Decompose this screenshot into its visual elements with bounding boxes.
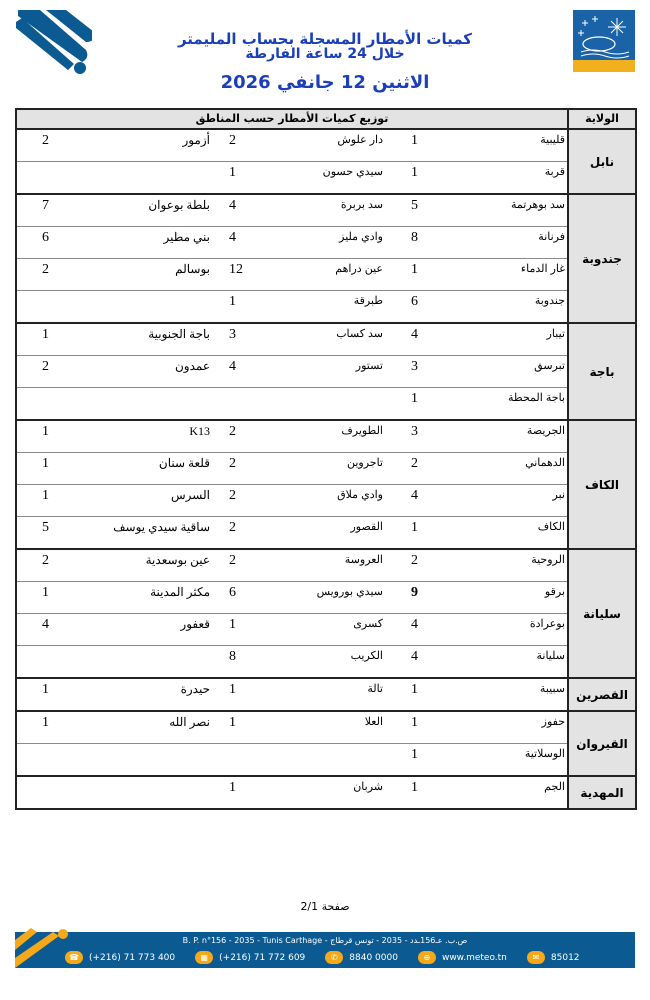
footer-contact: ☎(+216) 71 773 400 [65, 951, 175, 964]
phone-icon: ☎ [65, 951, 83, 964]
station-name: تاجروين [347, 456, 383, 469]
rainfall-value: 5 [42, 520, 49, 536]
rainfall-value: 2 [229, 424, 236, 440]
station-name: ساقية سيدي يوسف [113, 520, 210, 535]
table-row: نبر4وادي ملاق2السرس1 [17, 485, 567, 517]
header-governorate: الولاية [567, 110, 635, 128]
rainfall-value: 1 [229, 165, 236, 181]
station-name: نصر الله [169, 715, 210, 730]
station-name: قليبية [540, 133, 565, 146]
station-name: عين بوسعدية [146, 553, 210, 568]
rainfall-value: 1 [229, 617, 236, 633]
governorate-group: سد بوهرتمة5سد بربرة4بلطة بوعوان7فرنانة8و… [17, 195, 635, 324]
table-row: غار الدماء1عين دراهم12بوسالم2 [17, 259, 567, 291]
table-row: سبيبة1تالة1حيدرة1 [17, 679, 567, 710]
rainfall-value: 4 [229, 230, 236, 246]
rainfall-value: 1 [411, 262, 418, 278]
station-name: سد بوهرتمة [511, 198, 565, 211]
station-name: قعفور [180, 617, 210, 632]
rainfall-value: 1 [42, 715, 49, 731]
rainfall-value: 1 [42, 424, 49, 440]
footer-contacts: ☎(+216) 71 773 400▦(+216) 71 772 609✆884… [65, 951, 580, 964]
header-distribution: توزيع كميات الأمطار حسب المناطق [17, 110, 567, 128]
footer-contact: ⊕www.meteo.tn [418, 951, 507, 964]
table-row: بوعرادة4كسرى1قعفور4 [17, 614, 567, 646]
table-row: قليبية1دار علوش2أزمور2 [17, 130, 567, 162]
rainfall-value: 2 [42, 262, 49, 278]
station-name: بلطة بوعوان [148, 198, 210, 213]
governorate-group: الروحية2العروسة2عين بوسعدية2برقو9سيدي بو… [17, 550, 635, 679]
station-name: عمدون [175, 359, 210, 374]
station-name: قربة [545, 165, 565, 178]
footer-contact: ▦(+216) 71 772 609 [195, 951, 305, 964]
station-name: سد بربرة [341, 198, 383, 211]
report-subtitle: خلال 24 ساعة الفارطة [0, 46, 650, 62]
table-row: الروحية2العروسة2عين بوسعدية2 [17, 550, 567, 582]
rainfall-value: 4 [42, 617, 49, 633]
rainfall-value: 1 [411, 520, 418, 536]
rainfall-value: 4 [229, 198, 236, 214]
table-row: تبرسق3تستور4عمدون2 [17, 356, 567, 388]
table-row: تيبار4سد كساب3باجة الجنوبية1 [17, 324, 567, 356]
table-row: الكاف1القصور2ساقية سيدي يوسف5 [17, 517, 567, 548]
station-name: حيدرة [181, 682, 210, 697]
station-name: تيبار [547, 327, 565, 340]
governorate-group: حفوز1العلا1نصر الله1الوسلاتية1القيروان [17, 712, 635, 777]
governorate-group: قليبية1دار علوش2أزمور2قربة1سيدي حسون1ناب… [17, 130, 635, 195]
table-row: قربة1سيدي حسون1 [17, 162, 567, 193]
station-name: العروسة [345, 553, 383, 566]
sms-icon: ✉ [527, 951, 545, 964]
footer-address: B. P. n°156 - 2035 - Tunis Carthage - ص.… [15, 936, 635, 945]
rainfall-value: 2 [229, 456, 236, 472]
table-row: جندوبة6طبرقة1 [17, 291, 567, 322]
rainfall-value: 1 [411, 391, 418, 407]
hotline-icon: ✆ [325, 951, 343, 964]
station-name: نبر [553, 488, 565, 501]
governorate-name: باجة [567, 324, 635, 419]
rainfall-value: 1 [42, 682, 49, 698]
governorate-group: سبيبة1تالة1حيدرة1القصرين [17, 679, 635, 712]
station-name: الجم [544, 780, 565, 793]
station-name: طبرقة [354, 294, 383, 307]
rainfall-value: 2 [229, 520, 236, 536]
rainfall-value: 1 [229, 780, 236, 796]
station-name: سليانة [537, 649, 566, 662]
rainfall-value: 3 [411, 424, 418, 440]
rainfall-value: 1 [411, 747, 418, 763]
station-name: السرس [171, 488, 210, 503]
contact-text: (+216) 71 773 400 [89, 953, 175, 963]
station-name: العلا [365, 715, 383, 728]
rainfall-value: 2 [229, 133, 236, 149]
rainfall-table: توزيع كميات الأمطار حسب المناطق الولاية … [15, 108, 637, 810]
rainfall-value: 6 [411, 294, 418, 310]
station-name: عين دراهم [335, 262, 383, 275]
table-row: الدهماني2تاجروين2قلعة سنان1 [17, 453, 567, 485]
table-row: برقو9سيدي بورويس6مكثر المدينة1 [17, 582, 567, 614]
station-name: شربان [353, 780, 383, 793]
rainfall-value: 6 [42, 230, 49, 246]
governorate-name: القصرين [567, 679, 635, 710]
contact-text: 85012 [551, 953, 580, 963]
station-name: بني مطير [164, 230, 210, 245]
contact-text[interactable]: www.meteo.tn [442, 953, 507, 963]
rainfall-value: 2 [42, 553, 49, 569]
station-name: تستور [356, 359, 383, 372]
governorate-name: الكاف [567, 421, 635, 548]
footer-bar: B. P. n°156 - 2035 - Tunis Carthage - ص.… [15, 932, 635, 968]
station-name: قلعة سنان [159, 456, 210, 471]
fax-icon: ▦ [195, 951, 213, 964]
station-name: تبرسق [534, 359, 565, 372]
station-name: سد كساب [336, 327, 383, 340]
station-name: القصور [350, 520, 383, 533]
governorate-group: تيبار4سد كساب3باجة الجنوبية1تبرسق3تستور4… [17, 324, 635, 421]
contact-text: 8840 0000 [349, 953, 398, 963]
rainfall-value: 12 [229, 262, 243, 278]
rainfall-value: 1 [42, 456, 49, 472]
station-name: غار الدماء [521, 262, 565, 275]
governorate-name: سليانة [567, 550, 635, 677]
station-name: دار علوش [337, 133, 383, 146]
rainfall-value: 2 [411, 553, 418, 569]
station-name: كسرى [353, 617, 383, 630]
rainfall-value: 2 [411, 456, 418, 472]
table-row: سليانة4الكريب8 [17, 646, 567, 677]
table-header: توزيع كميات الأمطار حسب المناطق الولاية [17, 110, 635, 130]
station-name: K13 [189, 424, 210, 439]
station-name: بوعرادة [530, 617, 565, 630]
station-name: تالة [367, 682, 383, 695]
contact-text: (+216) 71 772 609 [219, 953, 305, 963]
station-name: الروحية [531, 553, 565, 566]
rainfall-value: 8 [411, 230, 418, 246]
rainfall-value: 4 [229, 359, 236, 375]
station-name: الكاف [538, 520, 565, 533]
governorate-group: الجريصة3الطويرف2K131الدهماني2تاجروين2قلع… [17, 421, 635, 550]
rainfall-value: 1 [229, 682, 236, 698]
globe-icon: ⊕ [418, 951, 436, 964]
rainfall-value: 4 [411, 327, 418, 343]
table-row: الوسلاتية1 [17, 744, 567, 775]
station-name: وادي مليز [339, 230, 383, 243]
rainfall-value: 1 [411, 133, 418, 149]
rainfall-value: 4 [411, 617, 418, 633]
governorate-name: جندوبة [567, 195, 635, 322]
station-name: سبيبة [540, 682, 565, 695]
station-name: الجريصة [527, 424, 565, 437]
rainfall-value: 9 [411, 585, 418, 601]
table-row: فرنانة8وادي مليز4بني مطير6 [17, 227, 567, 259]
report-date: الاثنين 12 جانفي 2026 [0, 72, 650, 93]
governorate-group: الجم1شربان1المهدية [17, 777, 635, 808]
footer-contact: ✆8840 0000 [325, 951, 398, 964]
station-name: جندوبة [535, 294, 565, 307]
station-name: أزمور [182, 133, 210, 148]
station-name: بوسالم [175, 262, 210, 277]
governorate-name: المهدية [567, 777, 635, 808]
station-name: برقو [545, 585, 565, 598]
rainfall-value: 7 [42, 198, 49, 214]
station-name: الوسلاتية [525, 747, 565, 760]
table-row: الجم1شربان1 [17, 777, 567, 808]
station-name: الكريب [351, 649, 383, 662]
rainfall-value: 3 [229, 327, 236, 343]
station-name: وادي ملاق [337, 488, 383, 501]
station-name: مكثر المدينة [150, 585, 210, 600]
station-name: فرنانة [538, 230, 565, 243]
rainfall-value: 5 [411, 198, 418, 214]
rainfall-value: 2 [229, 488, 236, 504]
rainfall-value: 1 [42, 327, 49, 343]
station-name: الطويرف [341, 424, 383, 437]
footer-stripes-icon [13, 924, 73, 970]
rainfall-value: 3 [411, 359, 418, 375]
table-row: حفوز1العلا1نصر الله1 [17, 712, 567, 744]
rainfall-value: 1 [411, 780, 418, 796]
station-name: سيدي بورويس [317, 585, 383, 598]
rainfall-value: 4 [411, 488, 418, 504]
station-name: حفوز [542, 715, 565, 728]
table-row: الجريصة3الطويرف2K131 [17, 421, 567, 453]
table-row: باجة المحطة1 [17, 388, 567, 419]
station-name: سيدي حسون [323, 165, 383, 178]
station-name: باجة المحطة [508, 391, 565, 404]
rainfall-value: 1 [42, 488, 49, 504]
rainfall-value: 2 [42, 359, 49, 375]
governorate-name: نابل [567, 130, 635, 193]
page-number: صفحة 2/1 [0, 900, 650, 913]
table-row: سد بوهرتمة5سد بربرة4بلطة بوعوان7 [17, 195, 567, 227]
rainfall-value: 1 [229, 715, 236, 731]
station-name: باجة الجنوبية [148, 327, 210, 342]
rainfall-value: 6 [229, 585, 236, 601]
rainfall-value: 1 [411, 715, 418, 731]
rainfall-value: 1 [411, 165, 418, 181]
rainfall-value: 2 [229, 553, 236, 569]
rainfall-value: 1 [229, 294, 236, 310]
rainfall-value: 2 [42, 133, 49, 149]
governorate-name: القيروان [567, 712, 635, 775]
footer-contact: ✉85012 [527, 951, 580, 964]
rainfall-value: 4 [411, 649, 418, 665]
rainfall-value: 8 [229, 649, 236, 665]
rainfall-value: 1 [411, 682, 418, 698]
station-name: الدهماني [525, 456, 565, 469]
rainfall-value: 1 [42, 585, 49, 601]
